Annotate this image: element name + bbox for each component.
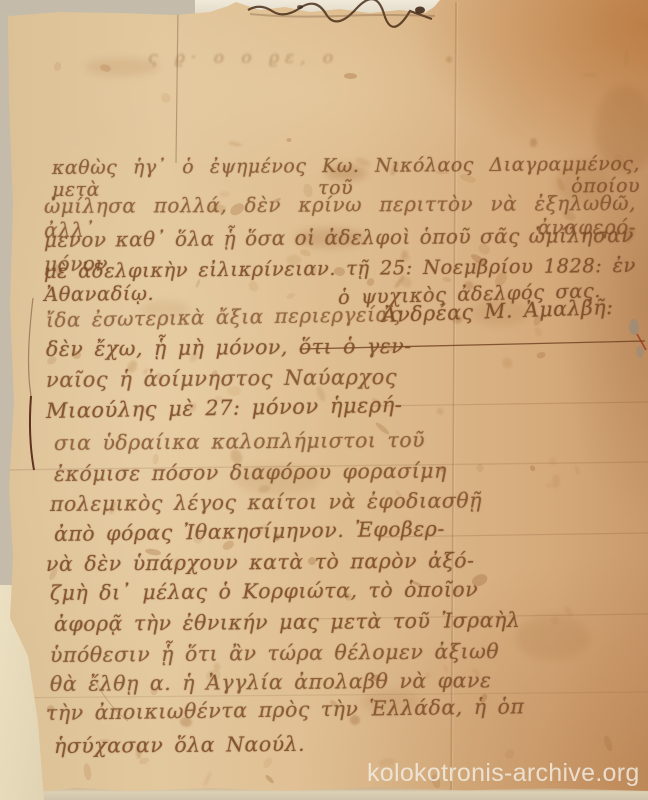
handwriting-line: ναῖος ἡ ἀοίμνηστος Ναύαρχος: [46, 365, 397, 392]
stain-blob: [477, 463, 485, 472]
stain-blob: [285, 137, 291, 142]
handwriting-line: ζμὴ δι᾽ μέλας ὁ Κορφιώτα, τὸ ὁποῖον: [50, 577, 478, 605]
photo-of-manuscript: ς ϱ· ο ο ϱε, ο καθὼς ἡγ᾽ ὁ ἐψημένος Κω. …: [0, 0, 648, 800]
stain-blob: [536, 351, 546, 359]
handwriting-line: ἐκόμισε πόσον διαφόρου φορασίμη: [54, 459, 447, 486]
handwriting-line: θὰ ἔλθῃ α. ἡ Ἀγγλία ἀπολαβθ νὰ φανε: [50, 668, 492, 696]
handwriting-line: σια ὑδραίικα καλοπλήμιστοι τοῦ: [54, 428, 425, 455]
stain-blob: [623, 49, 629, 66]
stain-blob: [445, 56, 453, 64]
stain-blob: [581, 72, 598, 77]
stain-blob: [201, 771, 212, 788]
stain-blob: [501, 356, 514, 370]
stain-blob: [82, 763, 92, 781]
handwriting-line: ἀπὸ φόρας Ἰθακησίμηνον. Ἐφοβερ-: [54, 517, 445, 546]
ink-bleedthrough-marks: ς ϱ· ο ο ϱε, ο: [148, 48, 339, 68]
handwriting-line: νὰ δὲν ὑπάρχουν κατὰ τὸ παρὸν ἀξό-: [46, 548, 475, 576]
stain-blob: [530, 137, 538, 147]
manuscript-page: ς ϱ· ο ο ϱε, ο καθὼς ἡγ᾽ ὁ ἐψημένος Κω. …: [0, 0, 648, 800]
stain-blob: [435, 407, 444, 416]
stain-blob: [160, 91, 173, 104]
handwriting-line: ἀφορᾷ τὴν ἐθνικήν μας μετὰ τοῦ Ἰσραὴλ: [54, 608, 520, 636]
watermark-text: kolokotronis-archive.org: [367, 759, 640, 788]
stain-blob: [549, 457, 557, 466]
stain-blob: [227, 140, 242, 147]
handwriting-line: πολεμικὸς λέγος καίτοι νὰ ἐφοδιασθῇ: [50, 488, 482, 516]
stain-blob: [551, 474, 561, 489]
stain-blob: [53, 61, 62, 72]
handwriting-line: ὑπόθεσιν ᾗ ὅτι ἂν τώρα θέλομεν ἀξιωθ: [50, 639, 499, 667]
stain-blob: [262, 755, 274, 769]
stain-blob: [264, 774, 275, 785]
handwriting-line: ἡσύχασαν ὅλα Ναούλ.: [54, 732, 305, 758]
stain-blob: [344, 73, 357, 79]
stain-blob: [529, 464, 537, 472]
stain-blob: [574, 465, 580, 476]
handwriting-line: τὴν ἀποικιωθέντα πρὸς τὴν Ἑλλάδα, ἡ ὁπ: [46, 694, 525, 725]
stain-blob: [515, 615, 590, 660]
stain-blob: [534, 326, 544, 338]
stain-blob: [603, 735, 615, 753]
handwriting-line: ἴδα ἐσωτερικὰ ἄξια περιεργείας: [46, 302, 402, 332]
handwriting-line: δὲν ἔχω, ᾗ μὴ μόνον, ὅτι ὁ γεν-: [46, 334, 412, 361]
handwriting-line: Μιαούλης μὲ 27: μόνον ἡμερή-: [46, 393, 403, 423]
